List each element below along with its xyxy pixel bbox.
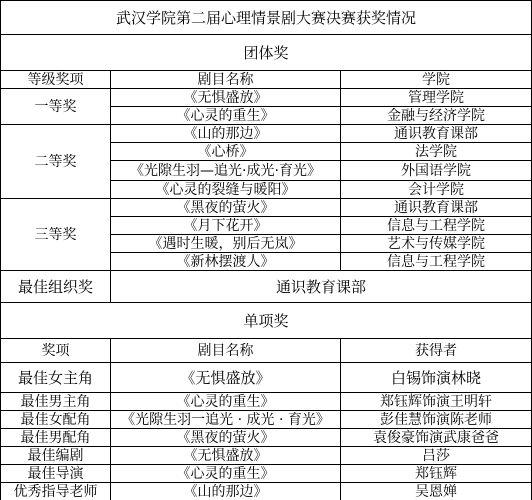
- winner-name: 袁俊豪饰演武康爸爸: [341, 429, 532, 447]
- college-name: 信息与工程学院: [341, 253, 532, 271]
- winner-name: 彭佳慧饰演陈老师: [341, 411, 532, 429]
- play-name: 《黑夜的萤火》: [111, 199, 341, 217]
- play-name: 《心灵的裂缝与暖阳》: [111, 181, 341, 199]
- play-name: 《心灵的重生》: [111, 393, 341, 411]
- header-play: 剧目名称: [111, 71, 341, 89]
- play-name: 《月下花开》: [111, 217, 341, 235]
- play-name: 《光隙生羽—追光·成光·育光》: [111, 161, 341, 181]
- header-play: 剧目名称: [111, 339, 341, 363]
- play-name: 《光隙生羽一追光 · 成光 · 育光》: [111, 411, 341, 429]
- award-name: 最佳男主角: [1, 393, 111, 411]
- award-name: 优秀指导老师: [1, 483, 111, 500]
- winner-name: 吴恩婵: [341, 483, 532, 500]
- play-name: 《心灵的重生》: [111, 107, 341, 125]
- award-name: 最佳男配角: [1, 429, 111, 447]
- winner-name: 郑钰辉饰演王明轩: [341, 393, 532, 411]
- college-name: 法学院: [341, 143, 532, 161]
- awards-table: 武汉学院第二届心理情景剧大赛决赛获奖情况 团体奖 等级奖项 剧目名称 学院 一等…: [0, 0, 532, 500]
- award-name: 最佳导演: [1, 465, 111, 483]
- college-name: 会计学院: [341, 181, 532, 199]
- best-organization-winner: 通识教育课部: [111, 271, 532, 303]
- winner-name: 白锡饰演林晓: [341, 363, 532, 393]
- award-level-first: 一等奖: [1, 89, 111, 125]
- winner-name: 郑钰辉: [341, 465, 532, 483]
- play-name: 《山的那边》: [111, 125, 341, 143]
- play-name: 《心灵的重生》: [111, 465, 341, 483]
- college-name: 通识教育课部: [341, 199, 532, 217]
- header-level: 等级奖项: [1, 71, 111, 89]
- best-organization-label: 最佳组织奖: [1, 271, 111, 303]
- college-name: 信息与工程学院: [341, 217, 532, 235]
- college-name: 艺术与传媒学院: [341, 235, 532, 253]
- play-name: 《黑夜的萤火》: [111, 429, 341, 447]
- document-title: 武汉学院第二届心理情景剧大赛决赛获奖情况: [1, 1, 532, 35]
- play-name: 《新林摆渡人》: [111, 253, 341, 271]
- play-name: 《山的那边》: [111, 483, 341, 500]
- play-name: 《心桥》: [111, 143, 341, 161]
- header-college: 学院: [341, 71, 532, 89]
- award-name: 最佳女主角: [1, 363, 111, 393]
- college-name: 外国语学院: [341, 161, 532, 181]
- header-winner: 获得者: [341, 339, 532, 363]
- play-name: 《遇时生暖，别后无岚》: [111, 235, 341, 253]
- section-team-awards: 团体奖: [1, 35, 532, 71]
- award-name: 最佳女配角: [1, 411, 111, 429]
- college-name: 金融与经济学院: [341, 107, 532, 125]
- award-level-third: 三等奖: [1, 199, 111, 271]
- play-name: 《无惧盛放》: [111, 363, 341, 393]
- winner-name: 吕莎: [341, 447, 532, 465]
- college-name: 通识教育课部: [341, 125, 532, 143]
- college-name: 管理学院: [341, 89, 532, 107]
- play-name: 《无惧盛放》: [111, 89, 341, 107]
- award-level-second: 二等奖: [1, 125, 111, 199]
- award-name: 最佳编剧: [1, 447, 111, 465]
- header-award: 奖项: [1, 339, 111, 363]
- play-name: 《无惧盛放》: [111, 447, 341, 465]
- section-individual-awards: 单项奖: [1, 303, 532, 339]
